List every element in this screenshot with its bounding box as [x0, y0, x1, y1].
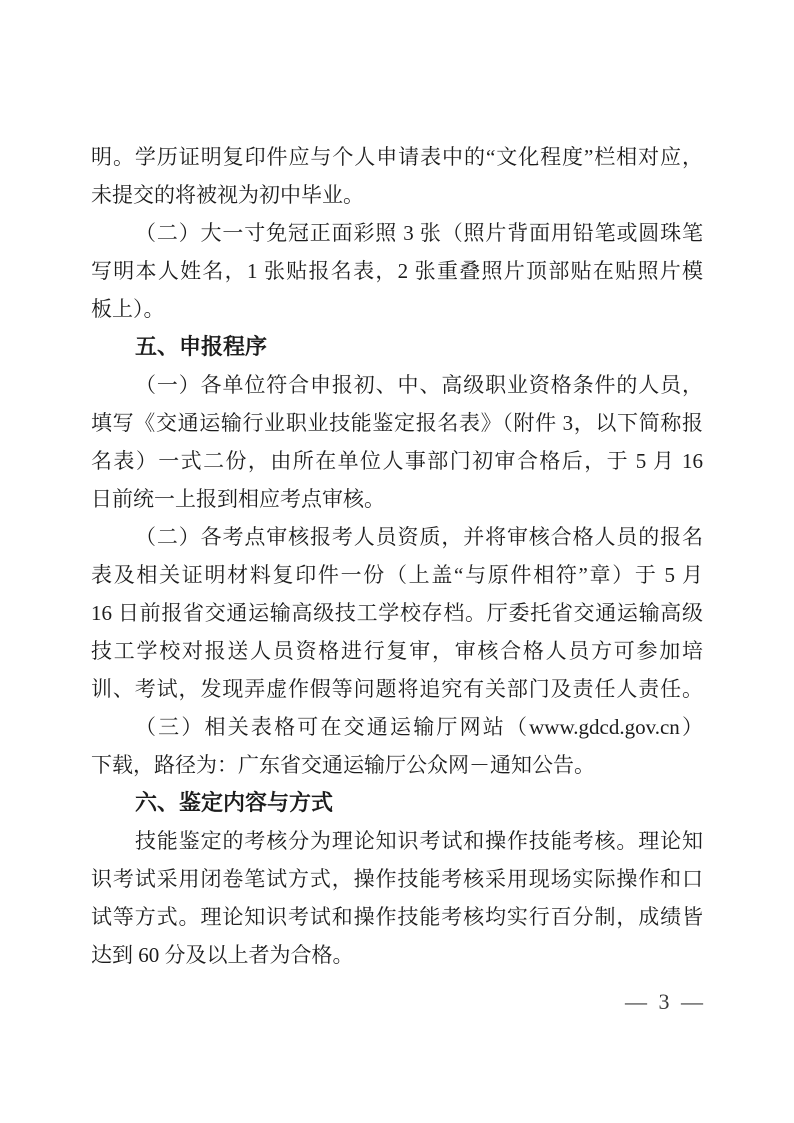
- text-line: （一）各单位符合申报初、中、高级职业资格条件的人员，: [91, 366, 703, 404]
- text-line: （三）相关表格可在交通运输厅网站（www.gdcd.gov.cn）: [91, 708, 703, 746]
- text-line: 技能鉴定的考核分为理论知识考试和操作技能考核。理论知: [91, 822, 703, 860]
- text-line: 表及相关证明材料复印件一份（上盖“与原件相符”章）于 5 月: [91, 556, 703, 594]
- section-heading-application-procedure: 五、申报程序: [91, 328, 703, 366]
- text-line: 明。学历证明复印件应与个人申请表中的“文化程度”栏相对应，: [91, 138, 703, 176]
- text-line: （二）各考点审核报考人员资质，并将审核合格人员的报名: [91, 518, 703, 556]
- text-line: 未提交的将被视为初中毕业。: [91, 176, 703, 214]
- text-line: 填写《交通运输行业职业技能鉴定报名表》（附件 3，以下简称报: [91, 404, 703, 442]
- text-line: 训、考试，发现弄虚作假等问题将追究有关部门及责任人责任。: [91, 670, 703, 708]
- text-line: 试等方式。理论知识考试和操作技能考核均实行百分制，成绩皆: [91, 898, 703, 936]
- text-line: 日前统一上报到相应考点审核。: [91, 480, 703, 518]
- text-line: 技工学校对报送人员资格进行复审，审核合格人员方可参加培: [91, 632, 703, 670]
- page-number: — 3 —: [625, 988, 706, 1016]
- document-body: 明。学历证明复印件应与个人申请表中的“文化程度”栏相对应， 未提交的将被视为初中…: [91, 138, 703, 974]
- text-line: 写明本人姓名，1 张贴报名表，2 张重叠照片顶部贴在贴照片模: [91, 252, 703, 290]
- text-line: （二）大一寸免冠正面彩照 3 张（照片背面用铅笔或圆珠笔: [91, 214, 703, 252]
- text-line: 识考试采用闭卷笔试方式，操作技能考核采用现场实际操作和口: [91, 860, 703, 898]
- section-heading-assessment-content: 六、鉴定内容与方式: [91, 784, 703, 822]
- text-line: 16 日前报省交通运输高级技工学校存档。厅委托省交通运输高级: [91, 594, 703, 632]
- text-line: 板上）。: [91, 290, 703, 328]
- document-page: 明。学历证明复印件应与个人申请表中的“文化程度”栏相对应， 未提交的将被视为初中…: [0, 0, 794, 1123]
- text-line: 下载，路径为：广东省交通运输厅公众网－通知公告。: [91, 746, 703, 784]
- text-line: 达到 60 分及以上者为合格。: [91, 936, 703, 974]
- text-line: 名表）一式二份，由所在单位人事部门初审合格后，于 5 月 16: [91, 442, 703, 480]
